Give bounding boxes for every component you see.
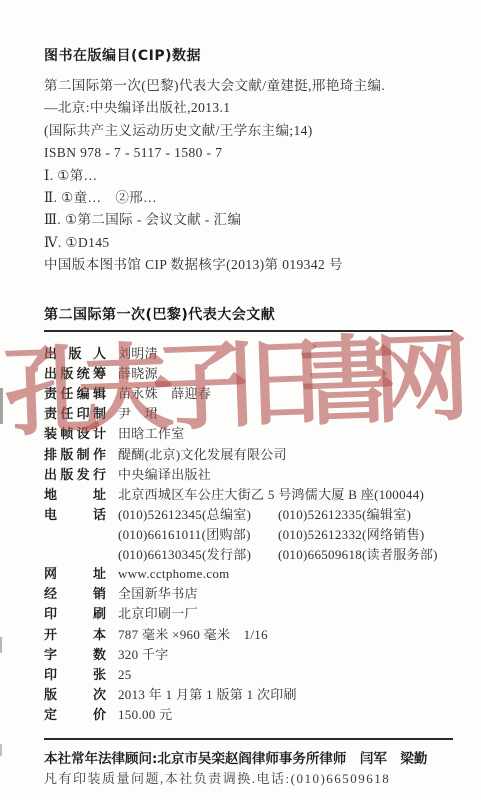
info-row: 出版统筹 薛晓源 [44,364,453,384]
info-row: 装帧设计 田晗工作室 [44,424,453,444]
info-row: 字数 320 千字 [44,645,453,665]
quality-notice-line: 凡有印装质量问题,本社负责调换.电话:(010)66509618 [44,769,453,789]
info-label: 责任编辑 [44,385,106,404]
info-label: 印张 [44,666,106,685]
book-title-bar: 第二国际第一次(巴黎)代表大会文献 [44,305,453,332]
bottom-divider [44,738,453,740]
info-value-secondary: (010)66509618(读者服务部) [278,545,438,564]
info-row: 出版人 刘明清 [44,344,453,364]
publication-info-table: 出版人 刘明清 出版统筹 薛晓源 责任编辑 苗永姝 薛迎春 责任印制 尹 珺 [44,344,453,726]
cip-heading: 图书在版编目(CIP)数据 [44,46,453,66]
info-value: 787 毫米 ×960 毫米 1/16 [118,625,268,644]
info-label: 版次 [44,686,106,705]
info-row: 开本 787 毫米 ×960 毫米 1/16 [44,625,453,645]
scan-artifact [0,744,2,756]
info-label: 出版发行 [44,466,106,485]
info-label: 定价 [44,706,106,725]
info-value: 北京西城区车公庄大街乙 5 号鸿儒大厦 B 座(100044) [118,485,424,504]
info-label: 地址 [44,486,106,505]
info-value: 苗永姝 薛迎春 [118,384,268,403]
info-row: 定价 150.00 元 [44,705,453,725]
info-label: 网址 [44,565,106,584]
info-value: www.cctphome.com [118,564,268,583]
cip-description: 第二国际第一次(巴黎)代表大会文献/童建挺,邢艳琦主编. —北京:中央编译出版社… [44,75,453,165]
info-value: 2013 年 1 月第 1 版第 1 次印刷 [118,685,297,704]
info-value: 150.00 元 [118,705,268,724]
cip-line: 第二国际第一次(巴黎)代表大会文献/童建挺,邢艳琦主编. [44,75,453,97]
info-row: 地址 北京西城区车公庄大街乙 5 号鸿儒大厦 B 座(100044) [44,485,453,505]
info-value: (010)66130345(发行部) [118,545,268,564]
info-label: 装帧设计 [44,425,106,444]
info-row: 印刷 北京印刷一厂 [44,604,453,624]
cip-line: ISBN 978 - 7 - 5117 - 1580 - 7 [44,142,453,164]
cip-line: —北京:中央编译出版社,2013.1 [44,97,453,119]
info-row: 电话 (010)52612345(总编室) (010)52612335(编辑室) [44,505,453,525]
info-label: 出版统筹 [44,365,106,384]
info-value: 320 千字 [118,645,268,664]
info-value: 全国新华书店 [118,584,268,603]
cip-classification-item: Ⅰ. ①第… [44,165,453,187]
info-label: 印刷 [44,605,106,624]
info-row: (010)66161011(团购部) (010)52612332(网络销售) [44,525,453,544]
info-row: 排版制作 醍醐(北京)文化发展有限公司 [44,445,453,465]
info-value: 刘明清 [118,344,268,363]
info-value: 尹 珺 [118,404,268,423]
info-value: (010)52612345(总编室) [118,505,268,524]
copyright-page: 图书在版编目(CIP)数据 第二国际第一次(巴黎)代表大会文献/童建挺,邢艳琦主… [0,0,481,800]
info-value: 北京印刷一厂 [118,604,268,623]
info-value: 醍醐(北京)文化发展有限公司 [118,445,287,464]
cip-classification-item: Ⅱ. ①童… ②邢… [44,187,453,209]
cip-classification-item: Ⅲ. ①第二国际 - 会议文献 - 汇编 [44,209,453,231]
info-label: 责任印制 [44,405,106,424]
info-value-secondary: (010)52612335(编辑室) [278,505,411,524]
info-row: 出版发行 中央编译出版社 [44,465,453,485]
scan-artifact [0,388,3,424]
info-value: 田晗工作室 [118,424,268,443]
info-row: 责任编辑 苗永姝 薛迎春 [44,384,453,404]
cip-classification-list: Ⅰ. ①第… Ⅱ. ①童… ②邢… Ⅲ. ①第二国际 - 会议文献 - 汇编 Ⅳ… [44,165,453,255]
legal-advisor-line: 本社常年法律顾问:北京市吴栾赵阎律师事务所律师 闫军 梁勤 [44,749,453,769]
info-row: 印张 25 [44,665,453,685]
cip-line: (国际共产主义运动历史文献/王学东主编;14) [44,120,453,142]
cip-classification-item: Ⅳ. ①D145 [44,232,453,254]
info-label: 字数 [44,646,106,665]
info-label: 电话 [44,506,106,525]
info-label: 出版人 [44,345,106,364]
info-value: 25 [118,665,268,684]
info-value-secondary: (010)52612332(网络销售) [278,525,425,544]
cip-registration-number: 中国版本图书馆 CIP 数据核字(2013)第 019342 号 [44,254,453,276]
info-value: 薛晓源 [118,364,268,383]
info-label: 开本 [44,626,106,645]
info-row: 网址 www.cctphome.com [44,564,453,584]
info-row: 经销 全国新华书店 [44,584,453,604]
info-label: 排版制作 [44,446,106,465]
info-row: 版次 2013 年 1 月第 1 版第 1 次印刷 [44,685,453,705]
scan-artifact [0,637,2,653]
info-value: 中央编译出版社 [118,465,268,484]
info-row: (010)66130345(发行部) (010)66509618(读者服务部) [44,545,453,564]
info-value: (010)66161011(团购部) [118,525,268,544]
info-row: 责任印制 尹 珺 [44,404,453,424]
info-label: 经销 [44,585,106,604]
